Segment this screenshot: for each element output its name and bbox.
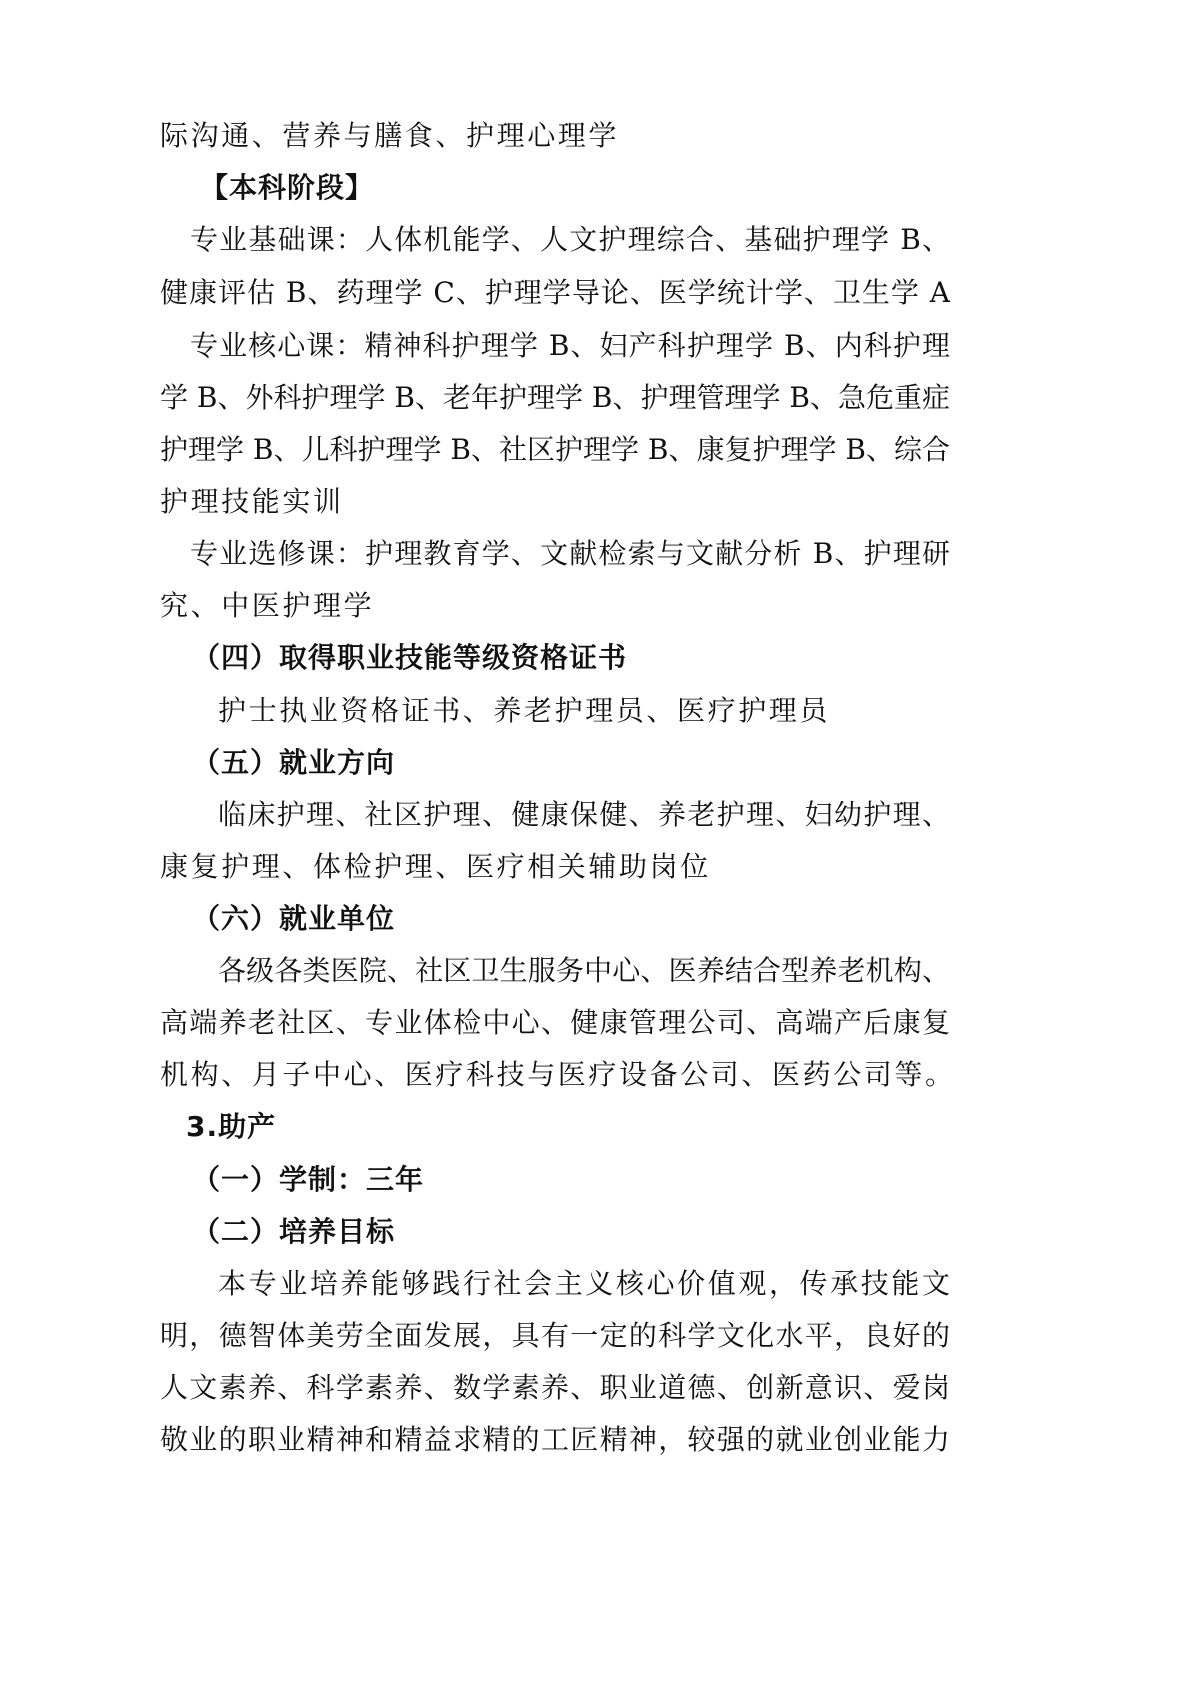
section-heading-employment-direction: （五）就业方向: [192, 743, 982, 783]
section-heading-training-objectives: （二）培养目标: [192, 1212, 982, 1252]
section-heading-certificates: （四）取得职业技能等级资格证书: [192, 638, 982, 678]
employers-text: 各级各类医院、社区卫生服务中心、医养结合型养老机构、: [218, 951, 950, 991]
training-objectives-text: 本专业培养能够践行社会主义核心价值观，传承技能文: [218, 1264, 950, 1304]
paragraph-line: 究、中医护理学: [160, 586, 950, 626]
section-heading-employers: （六）就业单位: [192, 899, 982, 939]
paragraph-line: 人文素养、科学素养、数学素养、职业道德、创新意识、爱岗: [160, 1368, 950, 1408]
paragraph-line: 健康评估 B、药理学 C、护理学导论、医学统计学、卫生学 A: [160, 273, 950, 313]
paragraph-line: 学 B、外科护理学 B、老年护理学 B、护理管理学 B、急危重症: [160, 378, 950, 418]
professional-elective-courses: 专业选修课：护理教育学、文献检索与文献分析 B、护理研: [190, 534, 950, 574]
paragraph-line: 高端养老社区、专业体检中心、健康管理公司、高端产后康复: [160, 1003, 950, 1043]
employment-direction-text: 临床护理、社区护理、健康保健、养老护理、妇幼护理、: [218, 795, 950, 835]
paragraph-line: 护理学 B、儿科护理学 B、社区护理学 B、康复护理学 B、综合: [160, 430, 950, 470]
section-heading-undergraduate-stage: 【本科阶段】: [200, 168, 990, 208]
paragraph-line: 护理技能实训: [160, 482, 950, 522]
section-heading-duration: （一）学制：三年: [192, 1160, 982, 1200]
paragraph-line: 明，德智体美劳全面发展，具有一定的科学文化水平，良好的: [160, 1316, 950, 1356]
paragraph-line: 康复护理、体检护理、医疗相关辅助岗位: [160, 847, 950, 887]
paragraph-line: 敬业的职业精神和精益求精的工匠精神，较强的就业创业能力: [160, 1420, 950, 1460]
certificates-list: 护士执业资格证书、养老护理员、医疗护理员: [218, 691, 950, 731]
paragraph-line: 际沟通、营养与膳食、护理心理学: [160, 116, 950, 156]
professional-core-courses: 专业核心课：精神科护理学 B、妇产科护理学 B、内科护理: [190, 326, 950, 366]
paragraph-line: 机构、月子中心、医疗科技与医疗设备公司、医药公司等。: [160, 1055, 950, 1095]
professional-basic-courses: 专业基础课：人体机能学、人文护理综合、基础护理学 B、: [190, 220, 950, 260]
section-heading-midwifery: 3.助产: [186, 1107, 976, 1147]
